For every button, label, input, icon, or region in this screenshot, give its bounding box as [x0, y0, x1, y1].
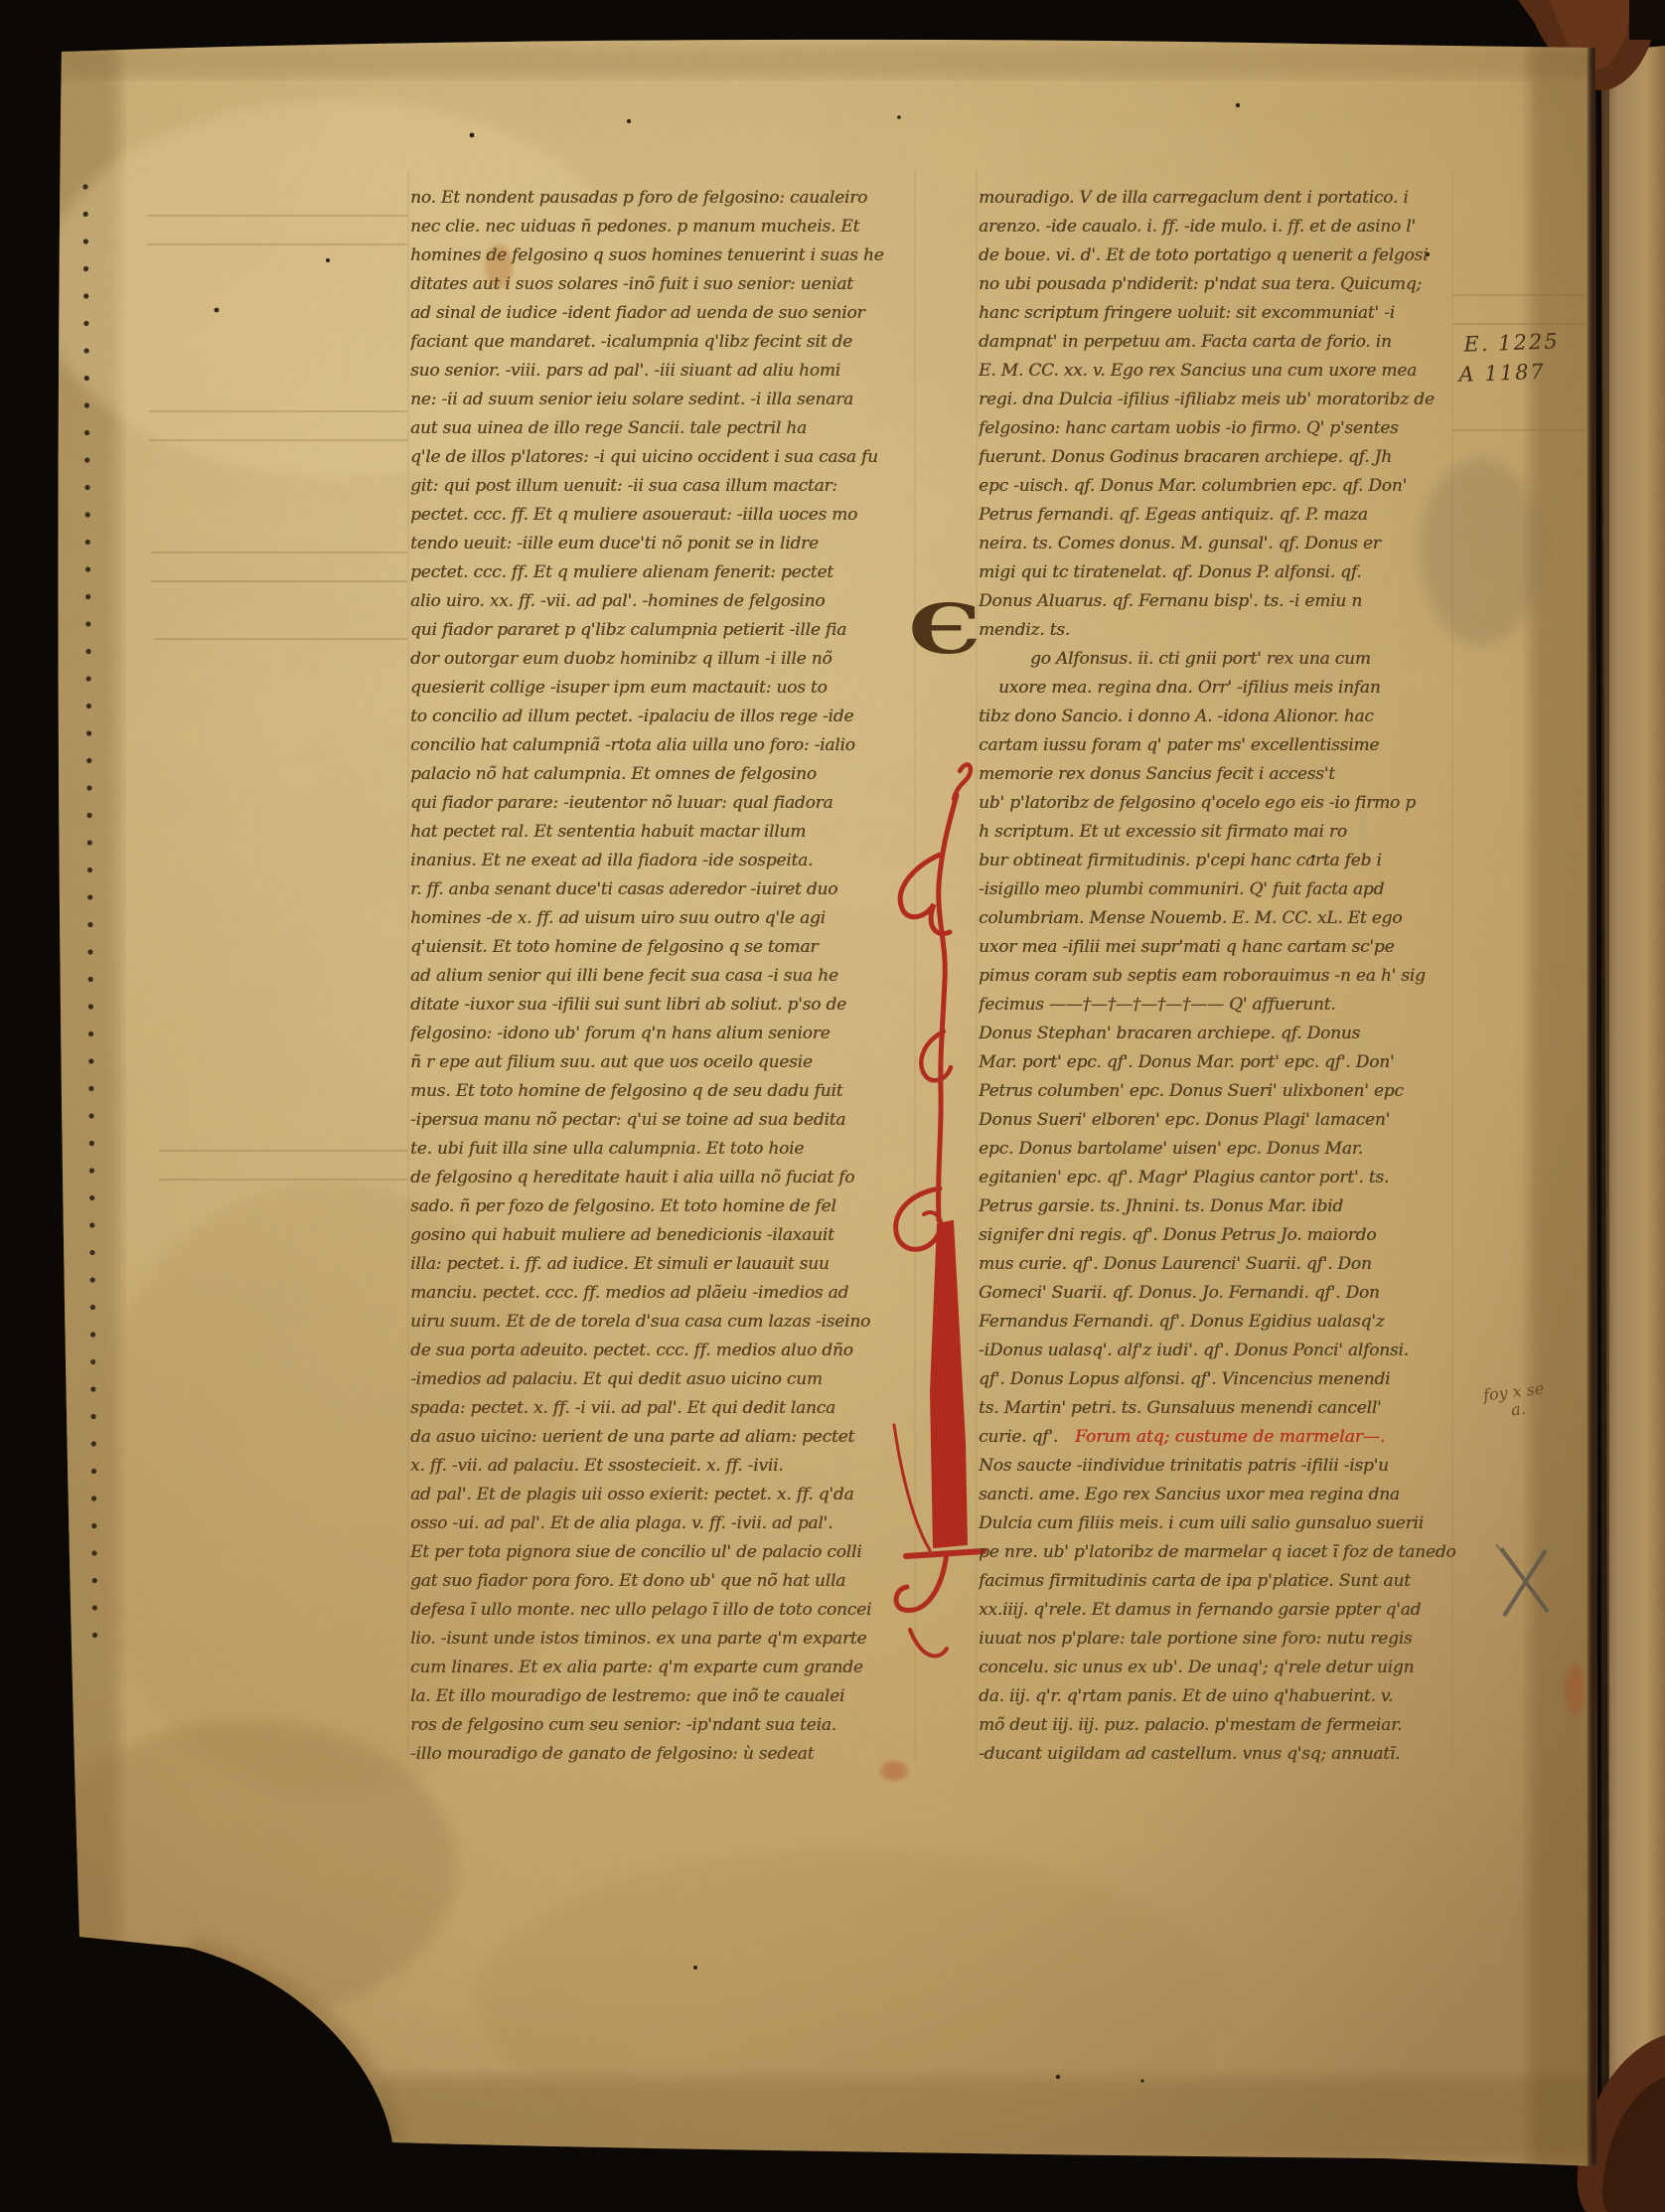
- manuscript-text-line: go Alfonsus. ii. cti gnii port' rex una …: [979, 645, 1463, 674]
- manuscript-text-line: mus curie. qf'. Donus Laurenci' Suarii. …: [979, 1250, 1463, 1279]
- manuscript-text-line: xx.iiij. q'rele. Et damus in fernando ga…: [979, 1596, 1463, 1625]
- manuscript-text-line: Fernandus Fernandi. qf'. Donus Egidius u…: [979, 1308, 1463, 1337]
- manuscript-text-line: Petrus garsie. ts. Jhnini. ts. Donus Mar…: [979, 1192, 1463, 1221]
- manuscript-text-line: Gomeci' Suarii. qf. Donus. Jo. Fernandi.…: [979, 1279, 1463, 1308]
- manuscript-text-line: la. Et illo mouradigo de lestremo: que i…: [410, 1682, 919, 1711]
- manuscript-text-line: epc. Donus bartolame' uisen' epc. Donus …: [979, 1135, 1463, 1164]
- manuscript-text-line: neira. ts. Comes donus. M. gunsal'. qf. …: [979, 530, 1463, 558]
- manuscript-text-line: ñ r epe aut filium suu. aut que uos ocei…: [410, 1048, 919, 1077]
- manuscript-text-line: ts. Martin' petri. ts. Gunsaluus menendi…: [979, 1394, 1463, 1423]
- manuscript-text-line: inanius. Et ne exeat ad illa fiadora -id…: [410, 847, 919, 875]
- manuscript-text-line: illa: pectet. i. ff. ad iudice. Et simul…: [410, 1250, 919, 1279]
- manuscript-text-line: pe nre. ub' p'latoribz de marmelar q iac…: [979, 1538, 1463, 1567]
- manuscript-text-line: signifer dni regis. qf'. Donus Petrus Jo…: [979, 1221, 1463, 1250]
- manuscript-text-line: spada: pectet. x. ff. -i vii. ad pal'. E…: [410, 1394, 919, 1423]
- manuscript-text-line: uxor mea -ifilii mei supr'mati q hanc ca…: [979, 933, 1463, 962]
- manuscript-text-line: -iDonus ualasq'. alf'z iudi'. qf'. Donus…: [979, 1337, 1463, 1365]
- manuscript-text-line: ros de felgosino cum seu senior: -ip'nda…: [410, 1711, 919, 1740]
- manuscript-text-line: E. M. CC. xx. v. Ego rex Sancius una cum…: [979, 357, 1463, 386]
- manuscript-text-line: ad sinal de iudice -ident fiador ad uend…: [410, 299, 919, 328]
- manuscript-text-line: Petrus fernandi. qf. Egeas antiquiz. qf.…: [979, 501, 1463, 530]
- manuscript-text-line: no. Et nondent pausadas p foro de felgos…: [410, 184, 919, 213]
- manuscript-text-line: fecimus ——†—†—†—†—†—— Q' affuerunt.: [979, 991, 1463, 1020]
- text-column-right: mouradigo. V de illa carregaclum dent i …: [979, 184, 1463, 1784]
- manuscript-text-line: hat pectet ral. Et sententia habuit mact…: [410, 818, 919, 847]
- fore-edge-leaves: [1601, 46, 1665, 2190]
- manuscript-text-line: -illo mouradigo de ganato de felgosino: …: [410, 1740, 919, 1769]
- manuscript-text-line: concelu. sic unus ex ub'. De unaq'; q're…: [979, 1654, 1463, 1682]
- manuscript-text-line: regi. dna Dulcia -ifilius -ifiliabz meis…: [979, 386, 1463, 414]
- manuscript-text-line: -imedios ad palaciu. Et qui dedit asuo u…: [410, 1365, 919, 1394]
- manuscript-text-line: qui fiador parare: -ieutentor nõ luuar: …: [410, 789, 919, 818]
- manuscript-text-line: sancti. ame. Ego rex Sancius uxor mea re…: [979, 1481, 1463, 1509]
- manuscript-text-line: tibz dono Sancio. i donno A. -idona Alio…: [979, 703, 1463, 731]
- manuscript-text-line: epc -uisch. qf. Donus Mar. columbrien ep…: [979, 472, 1463, 501]
- manuscript-text-line: Donus Stephan' bracaren archiepe. qf. Do…: [979, 1020, 1463, 1048]
- initial-e: Є: [909, 596, 982, 664]
- manuscript-text-line: qf'. Donus Lopus alfonsi. qf'. Vincenciu…: [979, 1365, 1463, 1394]
- manuscript-text-line: Dulcia cum filiis meis. i cum uili salio…: [979, 1509, 1463, 1538]
- text-column-left: no. Et nondent pausadas p foro de felgos…: [410, 184, 919, 1784]
- pen-trial-note: foy x se a.: [1482, 1379, 1547, 1422]
- manuscript-text-line: defesa ĩ ullo monte. nec ullo pelago ĩ i…: [410, 1596, 919, 1625]
- manuscript-text-line: de felgosino q hereditate hauit i alia u…: [410, 1164, 919, 1192]
- manuscript-photo: no. Et nondent pausadas p foro de felgos…: [0, 0, 1665, 2212]
- manuscript-text-line: da asuo uicino: uerient de una parte ad …: [410, 1423, 919, 1452]
- manuscript-text-line: uiru suum. Et de de torela d'sua casa cu…: [410, 1308, 919, 1337]
- manuscript-text-line: ub' p'latoribz de felgosino q'ocelo ego …: [979, 789, 1463, 818]
- manuscript-text-line: git: qui post illum uenuit: -ii sua casa…: [410, 472, 919, 501]
- manuscript-text-line: memorie rex donus Sancius fecit i access…: [979, 760, 1463, 789]
- manuscript-text-line: qui fiador pararet p q'libz calumpnia pe…: [410, 616, 919, 645]
- manuscript-text-line: columbriam. Mense Nouemb. E. M. CC. xL. …: [979, 904, 1463, 933]
- manuscript-text-line: mus. Et toto homine de felgosino q de se…: [410, 1077, 919, 1106]
- manuscript-text-line: mouradigo. V de illa carregaclum dent i …: [979, 184, 1463, 213]
- manuscript-text-line: suo senior. -viii. pars ad pal'. -iii si…: [410, 357, 919, 386]
- manuscript-text-line: tendo ueuit: -iille eum duce'ti nõ ponit…: [410, 530, 919, 558]
- manuscript-text-line: cum linares. Et ex alia parte: q'm expar…: [410, 1654, 919, 1682]
- manuscript-text-line: iuuat nos p'plare: tale portione sine fo…: [979, 1625, 1463, 1654]
- manuscript-text-line: ad alium senior qui illi bene fecit sua …: [410, 962, 919, 991]
- manuscript-text-line: palacio nõ hat calumpnia. Et omnes de fe…: [410, 760, 919, 789]
- manuscript-text-line: arenzo. -ide caualo. i. ff. -ide mulo. i…: [979, 213, 1463, 241]
- manuscript-text-line: Donus Sueri' elboren' epc. Donus Plagi' …: [979, 1106, 1463, 1135]
- manuscript-text-line: hanc scriptum fringere uoluit: sit excom…: [979, 299, 1463, 328]
- manuscript-text-line: q'le de illos p'latores: -i qui uicino o…: [410, 443, 919, 472]
- manuscript-text-line: felgosino: hanc cartam uobis -io firmo. …: [979, 414, 1463, 443]
- shelfmark-note: E. 1225 A 1187: [1463, 326, 1561, 389]
- manuscript-text-line: sado. ñ per fozo de felgosino. Et toto h…: [410, 1192, 919, 1221]
- manuscript-text-line: dampnat' in perpetuu am. Facta carta de …: [979, 328, 1463, 357]
- manuscript-text-line: Petrus columben' epc. Donus Sueri' ulixb…: [979, 1077, 1463, 1106]
- manuscript-text-line: x. ff. -vii. ad palaciu. Et ssostecieit.…: [410, 1452, 919, 1481]
- manuscript-text-line: da. iij. q'r. q'rtam panis. Et de uino q…: [979, 1682, 1463, 1711]
- manuscript-text-line: Nos saucte -iindividue trinitatis patris…: [979, 1452, 1463, 1481]
- manuscript-text-line: to concilio ad illum pectet. -ipalaciu d…: [410, 703, 919, 731]
- manuscript-text-line: Mar. port' epc. qf'. Donus Mar. port' ep…: [979, 1048, 1463, 1077]
- rubric-marmelar: Forum atq; custume de marmelar—.: [1075, 1423, 1385, 1452]
- manuscript-text-line: fuerunt. Donus Godinus bracaren archiepe…: [979, 443, 1463, 472]
- manuscript-text-line: de sua porta adeuito. pectet. ccc. ff. m…: [410, 1337, 919, 1365]
- manuscript-text-line: r. ff. anba senant duce'ti casas aderedo…: [410, 875, 919, 904]
- manuscript-text-line: homines de felgosino q suos homines tenu…: [410, 241, 919, 270]
- manuscript-text-line: alio uiro. xx. ff. -vii. ad pal'. -homin…: [410, 587, 919, 616]
- manuscript-text-line: ditates aut i suos solares -inõ fuit i s…: [410, 270, 919, 299]
- manuscript-text-line: manciu. pectet. ccc. ff. medios ad plãei…: [410, 1279, 919, 1308]
- manuscript-text-line: pectet. ccc. ff. Et q muliere asoueraut:…: [410, 501, 919, 530]
- manuscript-text-line: dor outorgar eum duobz hominibz q illum …: [410, 645, 919, 674]
- manuscript-text-line: uxore mea. regina dna. Orr' -ifilius mei…: [979, 674, 1463, 703]
- manuscript-text-line: nec clie. nec uiduas ñ pedones. p manum …: [410, 213, 919, 241]
- manuscript-text-line: te. ubi fuit illa sine ulla calumpnia. E…: [410, 1135, 919, 1164]
- manuscript-text-line: pimus coram sub septis eam roborauimus -…: [979, 962, 1463, 991]
- manuscript-text-line: -ipersua manu nõ pectar: q'ui se toine a…: [410, 1106, 919, 1135]
- manuscript-text-line: -ducant uigildam ad castellum. vnus q'sq…: [979, 1740, 1463, 1769]
- manuscript-text-line: bur obtineat firmitudinis. p'cepi hanc c…: [979, 847, 1463, 875]
- manuscript-text-line: concilio hat calumpniã -rtota alia uilla…: [410, 731, 919, 760]
- manuscript-text-line: aut sua uinea de illo rege Sancii. tale …: [410, 414, 919, 443]
- manuscript-text-line: q'uiensit. Et toto homine de felgosino q…: [410, 933, 919, 962]
- manuscript-text-line: no ubi pousada p'ndiderit: p'ndat sua te…: [979, 270, 1463, 299]
- manuscript-text-line: h scriptum. Et ut excessio sit firmato m…: [979, 818, 1463, 847]
- manuscript-text-line: faciant que mandaret. -icalumpnia q'libz…: [410, 328, 919, 357]
- manuscript-text-line: Donus Aluarus. qf. Fernanu bisp'. ts. -i…: [979, 587, 1463, 616]
- manuscript-text-line: quesierit collige -isuper ipm eum mactau…: [410, 674, 919, 703]
- manuscript-text-line: egitanien' epc. qf'. Magr' Plagius canto…: [979, 1164, 1463, 1192]
- manuscript-text-line: ne: -ii ad suum senior ieiu solare sedin…: [410, 386, 919, 414]
- manuscript-text-line: mendiz. ts.: [979, 616, 1463, 645]
- manuscript-text-line: ditate -iuxor sua -ifilii sui sunt libri…: [410, 991, 919, 1020]
- shelfmark-year: A 1187: [1458, 356, 1561, 390]
- manuscript-text-line: felgosino: -idono ub' forum q'n hans ali…: [410, 1020, 919, 1048]
- manuscript-text-line: de boue. vi. d'. Et de toto portatigo q …: [979, 241, 1463, 270]
- manuscript-text-line: osso -ui. ad pal'. Et de alia plaga. v. …: [410, 1509, 919, 1538]
- manuscript-text-line: gat suo fiador pora foro. Et dono ub' qu…: [410, 1567, 919, 1596]
- manuscript-text-line: mõ deut iij. iij. puz. palacio. p'mestam…: [979, 1711, 1463, 1740]
- manuscript-text-line: homines -de x. ff. ad uisum uiro suu out…: [410, 904, 919, 933]
- manuscript-text-line: Et per tota pignora siue de concilio ul'…: [410, 1538, 919, 1567]
- manuscript-text-line: pectet. ccc. ff. Et q muliere alienam fe…: [410, 558, 919, 587]
- manuscript-text-line: migi qui tc tiratenelat. qf. Donus P. al…: [979, 558, 1463, 587]
- shelfmark-era: E. 1225: [1463, 326, 1560, 359]
- manuscript-text-line: cartam iussu foram q' pater ms' excellen…: [979, 731, 1463, 760]
- manuscript-text-line: ad pal'. Et de plagis uii osso exierit: …: [410, 1481, 919, 1509]
- manuscript-text-line: gosino qui habuit muliere ad benedicioni…: [410, 1221, 919, 1250]
- manuscript-text-line: lio. -isunt unde istos timinos. ex una p…: [410, 1625, 919, 1654]
- manuscript-text-line: facimus firmitudinis carta de ipa p'plat…: [979, 1567, 1463, 1596]
- manuscript-text-line: -isigillo meo plumbi communiri. Q' fuit …: [979, 875, 1463, 904]
